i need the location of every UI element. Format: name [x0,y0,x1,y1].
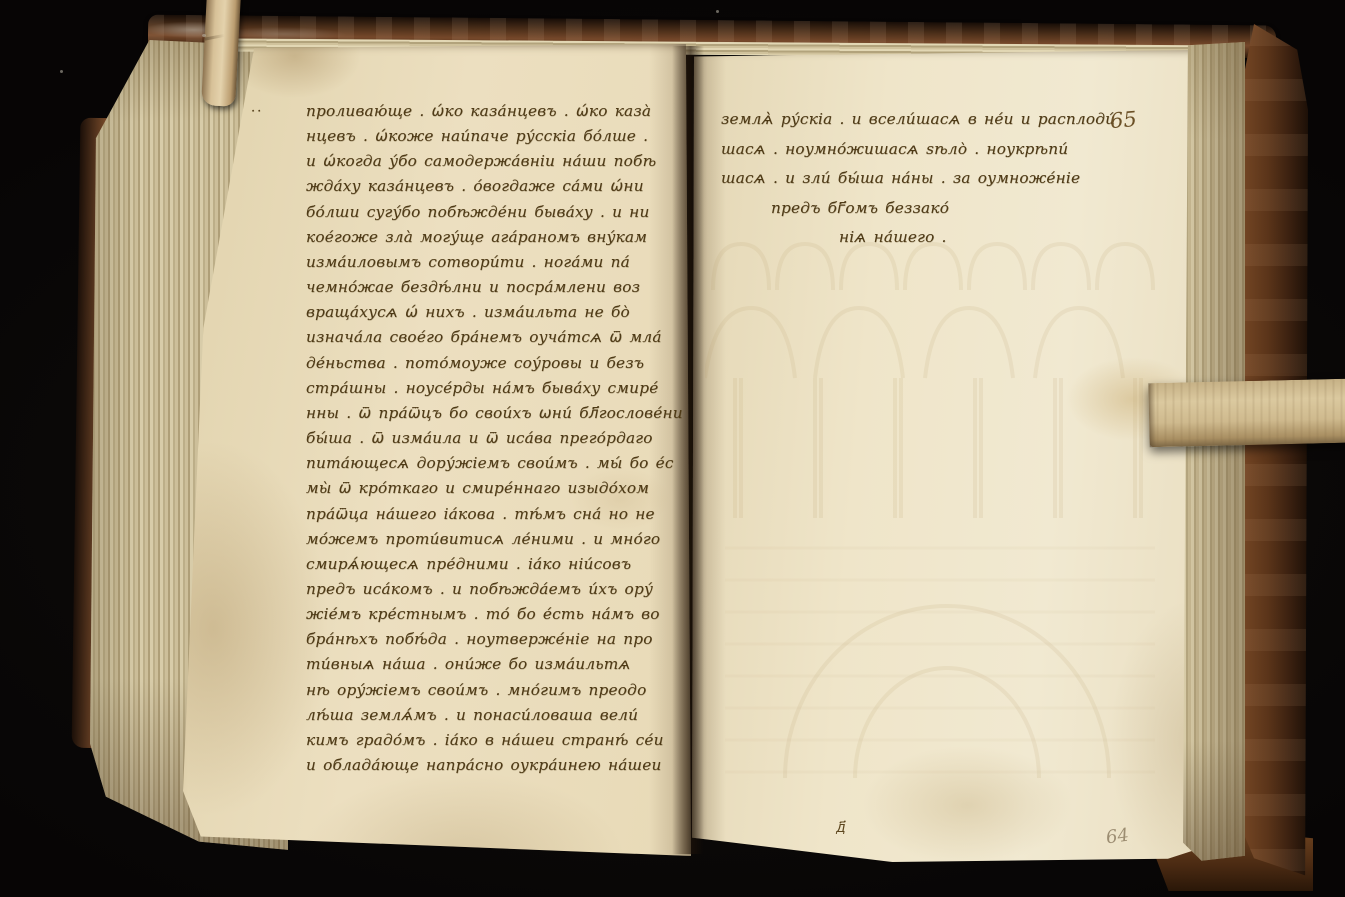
manuscript-line: лѣ́ша землѧ́мъ . и понаси́ловаша вели́ [306,703,686,728]
manuscript-line: смирѧ́ющесѧ пре́дними . іа́ко ніи́совъ [306,552,686,577]
manuscript-line: пита́ющесѧ дору́жіемъ свои́мъ . мы́ бо е… [306,451,686,476]
manuscript-line: и ѡ́когда у́бо самодержа́вніи на́ши побѣ [306,149,686,174]
right-page-text-block: землѧ̀ ру́скіа . и всели́шасѧ в не́и и р… [721,105,1161,253]
manuscript-line: чемно́жае бездѣ́лни и посра́млени воз [306,275,686,300]
dust-speck [60,70,63,73]
manuscript-line: изнача́ла свое́го бра́немъ оуча́тсѧ ѿ мл… [306,325,686,350]
manuscript-line: изма́иловымъ сотвори́ти . нога́ми па́ [306,250,686,275]
manuscript-line: нѣ ору́жіемъ свои́мъ . мно́гимъ преодо [306,678,686,703]
folio-number-ink: 65 [1109,107,1138,133]
manuscript-line: бо́лши сугу́бо побѣжде́ни быва́ху . и ни [306,200,686,225]
right-fore-edge-stack [1183,42,1245,864]
manuscript-line: кимъ градо́мъ . іа́ко в на́шеи странѣ́ с… [306,728,686,753]
dust-speck [202,34,206,37]
manuscript-line: мы̀ ѿ кро́ткаго и смире́ннаго изыдо́хом [306,476,686,501]
manuscript-line: предъ иса́комъ . и побѣжда́емъ и́хъ ору́ [306,577,686,602]
manuscript-line: предъ бг҃омъ беззако́ [721,194,1161,224]
book-weight-stick-top [201,0,241,107]
book-weight-stick-right [1148,379,1345,447]
manuscript-line: ти́вныѧ на́ша . они́же бо изма́ильтѧ [306,652,686,677]
photograph-of-open-manuscript-book: { "manuscript": { "left_page": { "margin… [0,0,1345,897]
dust-speck [716,10,719,13]
manuscript-line: враща́хусѧ ѡ́ нихъ . изма́ильта не бо̀ [306,300,686,325]
manuscript-line: землѧ̀ ру́скіа . и всели́шасѧ в не́и и р… [721,105,1161,135]
manuscript-line: и облада́юще напра́сно оукра́инею на́шеи [306,753,686,778]
manuscript-line: бра́нѣхъ побѣ́да . ноутверже́ніе на про [306,627,686,652]
left-page-text-block: проливаю́ще . ѡ́ко каза́нцевъ . ѡ́ко каз… [306,99,686,778]
manuscript-line: де́ньства . пото́моуже соу́ровы и безъ [306,351,686,376]
showthrough-church-arches-illustration [705,218,1187,818]
manuscript-line: кое́гоже зла̀ могу́ще ага́раномъ вну́кам [306,225,686,250]
manuscript-line: пра́ѿца на́шего іа́кова . тѣ́мъ сна́ но … [306,502,686,527]
manuscript-line: стра́шны . ноусе́рды на́мъ быва́ху смире… [306,376,686,401]
quire-mark: д҃ [836,820,846,836]
folio-number-pencil: 64 [1105,825,1131,849]
manuscript-line: нцевъ . ѡ́коже наи́паче ру́сскіа бо́лше … [306,124,686,149]
manuscript-line: проливаю́ще . ѡ́ко каза́нцевъ . ѡ́ко каз… [306,99,686,124]
manuscript-line: жіе́мъ кре́стнымъ . то́ бо е́сть на́мъ в… [306,602,686,627]
manuscript-line: бы́ша . ѿ изма́ила и ѿ иса́ва прего́рдаг… [306,426,686,451]
manuscript-line: мо́жемъ проти́витисѧ ле́ними . и мно́го [306,527,686,552]
manuscript-line: шасѧ . и зли́ бы́ша на́ны . за оумноже́н… [721,164,1161,194]
manuscript-line: ніѧ на́шего . [721,223,1161,253]
manuscript-line: шасѧ . ноумно́жишасѧ ѕѣло̀ . ноукрѣпи́ [721,135,1161,165]
manuscript-line: жда́ху каза́нцевъ . о́вогдаже са́ми ѡ́ни [306,174,686,199]
marginal-mark: ·· [251,104,263,119]
right-cover-board [1236,24,1308,884]
manuscript-line: нны . ѿ пра́ѿцъ бо свои́хъ ѡни́ бл҃госло… [306,401,686,426]
